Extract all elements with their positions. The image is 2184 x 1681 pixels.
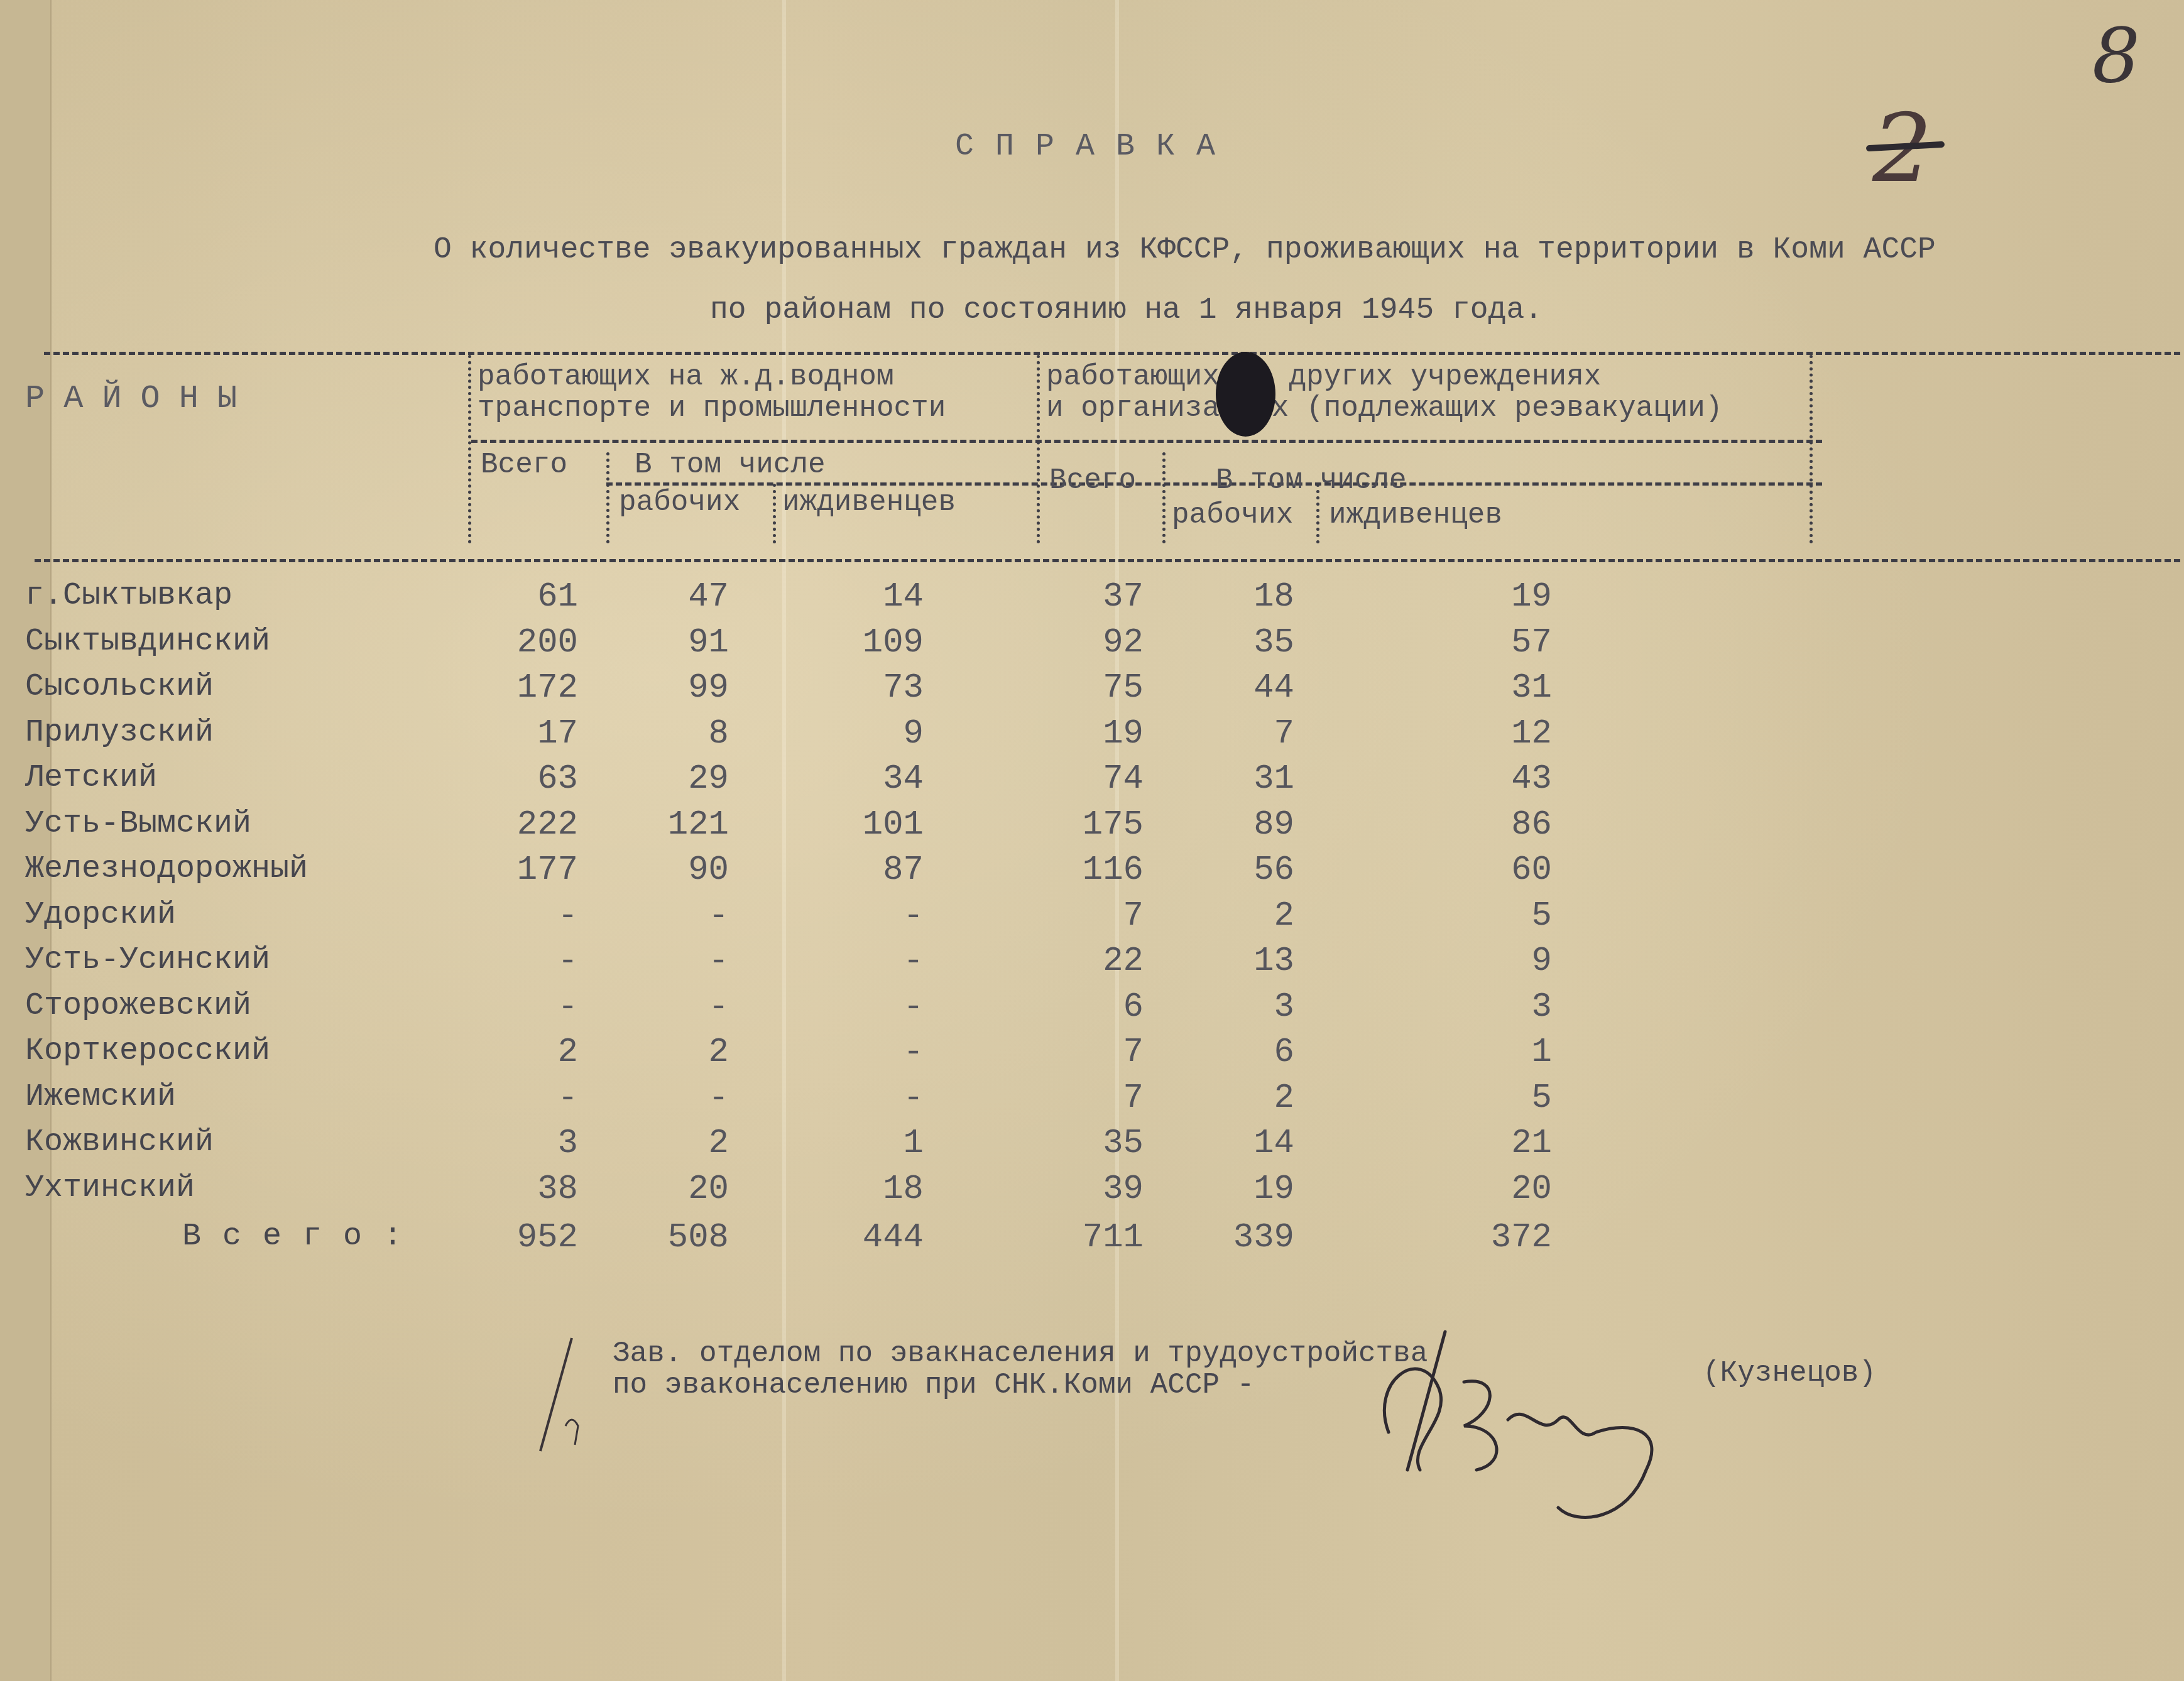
cell-g1-workers: 2 (628, 1033, 729, 1072)
cell-g2-total: 19 (1043, 715, 1144, 753)
handwritten-signature (1370, 1307, 1810, 1539)
cell-g1-total: 172 (478, 669, 578, 707)
cell-g2-total: 22 (1043, 942, 1144, 981)
cell-g1-workers: - (628, 942, 729, 981)
district-name: Кожвинский (25, 1124, 214, 1160)
cell-g1-total: - (478, 942, 578, 981)
cell-g1-dependents: - (823, 1033, 924, 1072)
cell-g1-total: 952 (478, 1219, 578, 1257)
col-divider (1037, 355, 1040, 543)
group1-header-line1: работающих на ж.д.водном (478, 361, 894, 393)
signatory-name: (Кузнецов) (1703, 1357, 1876, 1390)
table-row: Летский632934743143 (25, 760, 1596, 804)
group2-subheader-dependents: иждивенцев (1329, 499, 1502, 531)
cell-g1-workers: 508 (628, 1219, 729, 1257)
table-row: Удорский---725 (25, 897, 1596, 941)
col-divider (468, 355, 471, 543)
cell-g1-workers: - (628, 897, 729, 935)
cell-g2-dependents: 86 (1451, 806, 1552, 844)
cell-g1-workers: - (628, 1079, 729, 1118)
district-name: Усть-Вымский (25, 806, 251, 842)
cell-g2-total: 175 (1043, 806, 1144, 844)
header-sub-rule (606, 482, 1822, 486)
cell-g2-total: 39 (1043, 1170, 1144, 1209)
district-name: Ижемский (25, 1079, 176, 1115)
signatory-title-line2: по эваконаселению при СНК.Коми АССР - (613, 1369, 1428, 1401)
cell-g1-dependents: - (823, 1079, 924, 1118)
cell-g2-dependents: 5 (1451, 897, 1552, 935)
cell-g2-total: 75 (1043, 669, 1144, 707)
district-name: Удорский (25, 897, 176, 933)
handwritten-mark (528, 1332, 603, 1457)
cell-g2-dependents: 19 (1451, 578, 1552, 616)
col-divider (1810, 355, 1813, 543)
cell-g1-dependents: 34 (823, 760, 924, 798)
cell-g2-dependents: 3 (1451, 988, 1552, 1026)
cell-g2-dependents: 12 (1451, 715, 1552, 753)
group1-subheader-dependents: иждивенцев (782, 487, 956, 518)
cell-g2-dependents: 31 (1451, 669, 1552, 707)
district-name: Усть-Усинский (25, 942, 270, 978)
group2-subheader-including: В том числе (1216, 465, 1407, 496)
cell-g1-dependents: 14 (823, 578, 924, 616)
cell-g1-dependents: 444 (823, 1219, 924, 1257)
cell-g2-dependents: 1 (1451, 1033, 1552, 1072)
table-row: Кожвинский321351421 (25, 1124, 1596, 1168)
cell-g2-total: 74 (1043, 760, 1144, 798)
cell-g1-total: 2 (478, 1033, 578, 1072)
cell-g2-workers: 7 (1194, 715, 1294, 753)
cell-g1-total: 200 (478, 624, 578, 662)
table-total-row: Всего: 952 508 444 711 339 372 (25, 1219, 1596, 1263)
cell-g1-dependents: 87 (823, 851, 924, 889)
cell-g2-total: 92 (1043, 624, 1144, 662)
total-label: Всего: (182, 1219, 423, 1254)
old-page-number-struck: 2 (1872, 94, 1932, 204)
district-name: Железнодорожный (25, 851, 308, 887)
cell-g2-workers: 35 (1194, 624, 1294, 662)
district-name: Сысольский (25, 669, 214, 705)
cell-g1-dependents: 9 (823, 715, 924, 753)
cell-g2-total: 116 (1043, 851, 1144, 889)
district-name: Летский (25, 760, 157, 796)
page-number: 8 (2092, 13, 2140, 100)
group2-header-line1: работающих, в других учреждениях (1046, 361, 1601, 393)
cell-g1-workers: 29 (628, 760, 729, 798)
cell-g2-dependents: 5 (1451, 1079, 1552, 1118)
signatory-title: Зав. отделом по эвакнаселения и трудоуст… (613, 1338, 1428, 1401)
cell-g2-workers: 14 (1194, 1124, 1294, 1163)
cell-g1-total: 222 (478, 806, 578, 844)
cell-g2-total: 7 (1043, 897, 1144, 935)
cell-g1-total: - (478, 988, 578, 1026)
group1-subheader-including: В том числе (635, 449, 826, 481)
cell-g1-total: 177 (478, 851, 578, 889)
cell-g2-workers: 44 (1194, 669, 1294, 707)
cell-g1-total: 38 (478, 1170, 578, 1209)
cell-g1-workers: 47 (628, 578, 729, 616)
header-bottom-rule (35, 559, 2180, 562)
group2-subheader-workers: рабочих (1172, 499, 1293, 531)
table-top-rule (44, 352, 2180, 355)
cell-g2-dependents: 43 (1451, 760, 1552, 798)
cell-g2-workers: 89 (1194, 806, 1294, 844)
group1-subheader-total: Всего (481, 449, 567, 481)
cell-g1-workers: 2 (628, 1124, 729, 1163)
cell-g2-workers: 3 (1194, 988, 1294, 1026)
cell-g2-total: 711 (1043, 1219, 1144, 1257)
header-mid-rule (471, 440, 1822, 443)
cell-g1-total: - (478, 1079, 578, 1118)
cell-g1-workers: 8 (628, 715, 729, 753)
cell-g1-workers: 91 (628, 624, 729, 662)
table-row: Усть-Усинский---22139 (25, 942, 1596, 986)
table-row: Железнодорожный17790871165660 (25, 851, 1596, 895)
cell-g2-dependents: 60 (1451, 851, 1552, 889)
table-row: Усть-Вымский2221211011758986 (25, 806, 1596, 850)
table-row: Корткеросский22-761 (25, 1033, 1596, 1077)
district-name: Корткеросский (25, 1033, 270, 1069)
cell-g2-workers: 2 (1194, 897, 1294, 935)
cell-g1-total: 61 (478, 578, 578, 616)
cell-g2-workers: 6 (1194, 1033, 1294, 1072)
document-title: СПРАВКА (955, 129, 1237, 165)
table-row: г.Сыктывкар614714371819 (25, 578, 1596, 622)
cell-g1-total: 63 (478, 760, 578, 798)
col-divider (1162, 452, 1166, 543)
cell-g1-dependents: - (823, 988, 924, 1026)
ink-blot (1216, 352, 1275, 437)
cell-g1-workers: 20 (628, 1170, 729, 1209)
district-name: Прилузский (25, 715, 214, 751)
cell-g2-total: 7 (1043, 1079, 1144, 1118)
group1-subheader-workers: рабочих (619, 487, 740, 518)
cell-g2-workers: 18 (1194, 578, 1294, 616)
cell-g2-dependents: 9 (1451, 942, 1552, 981)
cell-g2-total: 35 (1043, 1124, 1144, 1163)
table-row: Ухтинский382018391920 (25, 1170, 1596, 1214)
signatory-title-line1: Зав. отделом по эвакнаселения и трудоуст… (613, 1338, 1428, 1369)
subtitle-line-2: по районам по состоянию на 1 января 1945… (434, 280, 2143, 340)
group2-subheader-total: Всего (1049, 465, 1136, 496)
table-row: Сыктывдинский20091109923557 (25, 624, 1596, 668)
district-name: Сыктывдинский (25, 624, 270, 660)
table-row: Сысольский1729973754431 (25, 669, 1596, 713)
cell-g2-dependents: 57 (1451, 624, 1552, 662)
cell-g2-total: 7 (1043, 1033, 1144, 1072)
cell-g1-dependents: - (823, 897, 924, 935)
cell-g2-workers: 13 (1194, 942, 1294, 981)
cell-g1-dependents: 101 (823, 806, 924, 844)
document-subtitle: О количестве эвакуированных граждан из К… (434, 220, 2143, 340)
cell-g1-dependents: 73 (823, 669, 924, 707)
cell-g1-dependents: 109 (823, 624, 924, 662)
district-name: Ухтинский (25, 1170, 195, 1206)
cell-g1-total: 17 (478, 715, 578, 753)
subtitle-line-1: О количестве эвакуированных граждан из К… (434, 233, 1936, 267)
cell-g2-workers: 56 (1194, 851, 1294, 889)
cell-g2-total: 37 (1043, 578, 1144, 616)
group2-header-line2: и организациях (подлежащих реэвакуации) (1046, 393, 1723, 424)
column-header-districts: РАЙОНЫ (25, 380, 256, 417)
cell-g1-dependents: 1 (823, 1124, 924, 1163)
col-divider (606, 452, 609, 543)
district-name: Сторожевский (25, 988, 251, 1024)
cell-g1-workers: - (628, 988, 729, 1026)
cell-g1-dependents: 18 (823, 1170, 924, 1209)
cell-g2-workers: 2 (1194, 1079, 1294, 1118)
cell-g2-dependents: 20 (1451, 1170, 1552, 1209)
group1-header-line2: транспорте и промышленности (478, 393, 946, 424)
cell-g2-dependents: 372 (1451, 1219, 1552, 1257)
cell-g2-total: 6 (1043, 988, 1144, 1026)
table-row: Прилузский178919712 (25, 715, 1596, 759)
table-row: Ижемский---725 (25, 1079, 1596, 1123)
cell-g1-workers: 121 (628, 806, 729, 844)
cell-g2-dependents: 21 (1451, 1124, 1552, 1163)
cell-g2-workers: 339 (1194, 1219, 1294, 1257)
cell-g1-workers: 99 (628, 669, 729, 707)
cell-g2-workers: 31 (1194, 760, 1294, 798)
col-divider (773, 484, 776, 543)
cell-g1-dependents: - (823, 942, 924, 981)
district-name: г.Сыктывкар (25, 578, 232, 614)
cell-g1-workers: 90 (628, 851, 729, 889)
cell-g2-workers: 19 (1194, 1170, 1294, 1209)
cell-g1-total: - (478, 897, 578, 935)
table-row: Сторожевский---633 (25, 988, 1596, 1032)
cell-g1-total: 3 (478, 1124, 578, 1163)
